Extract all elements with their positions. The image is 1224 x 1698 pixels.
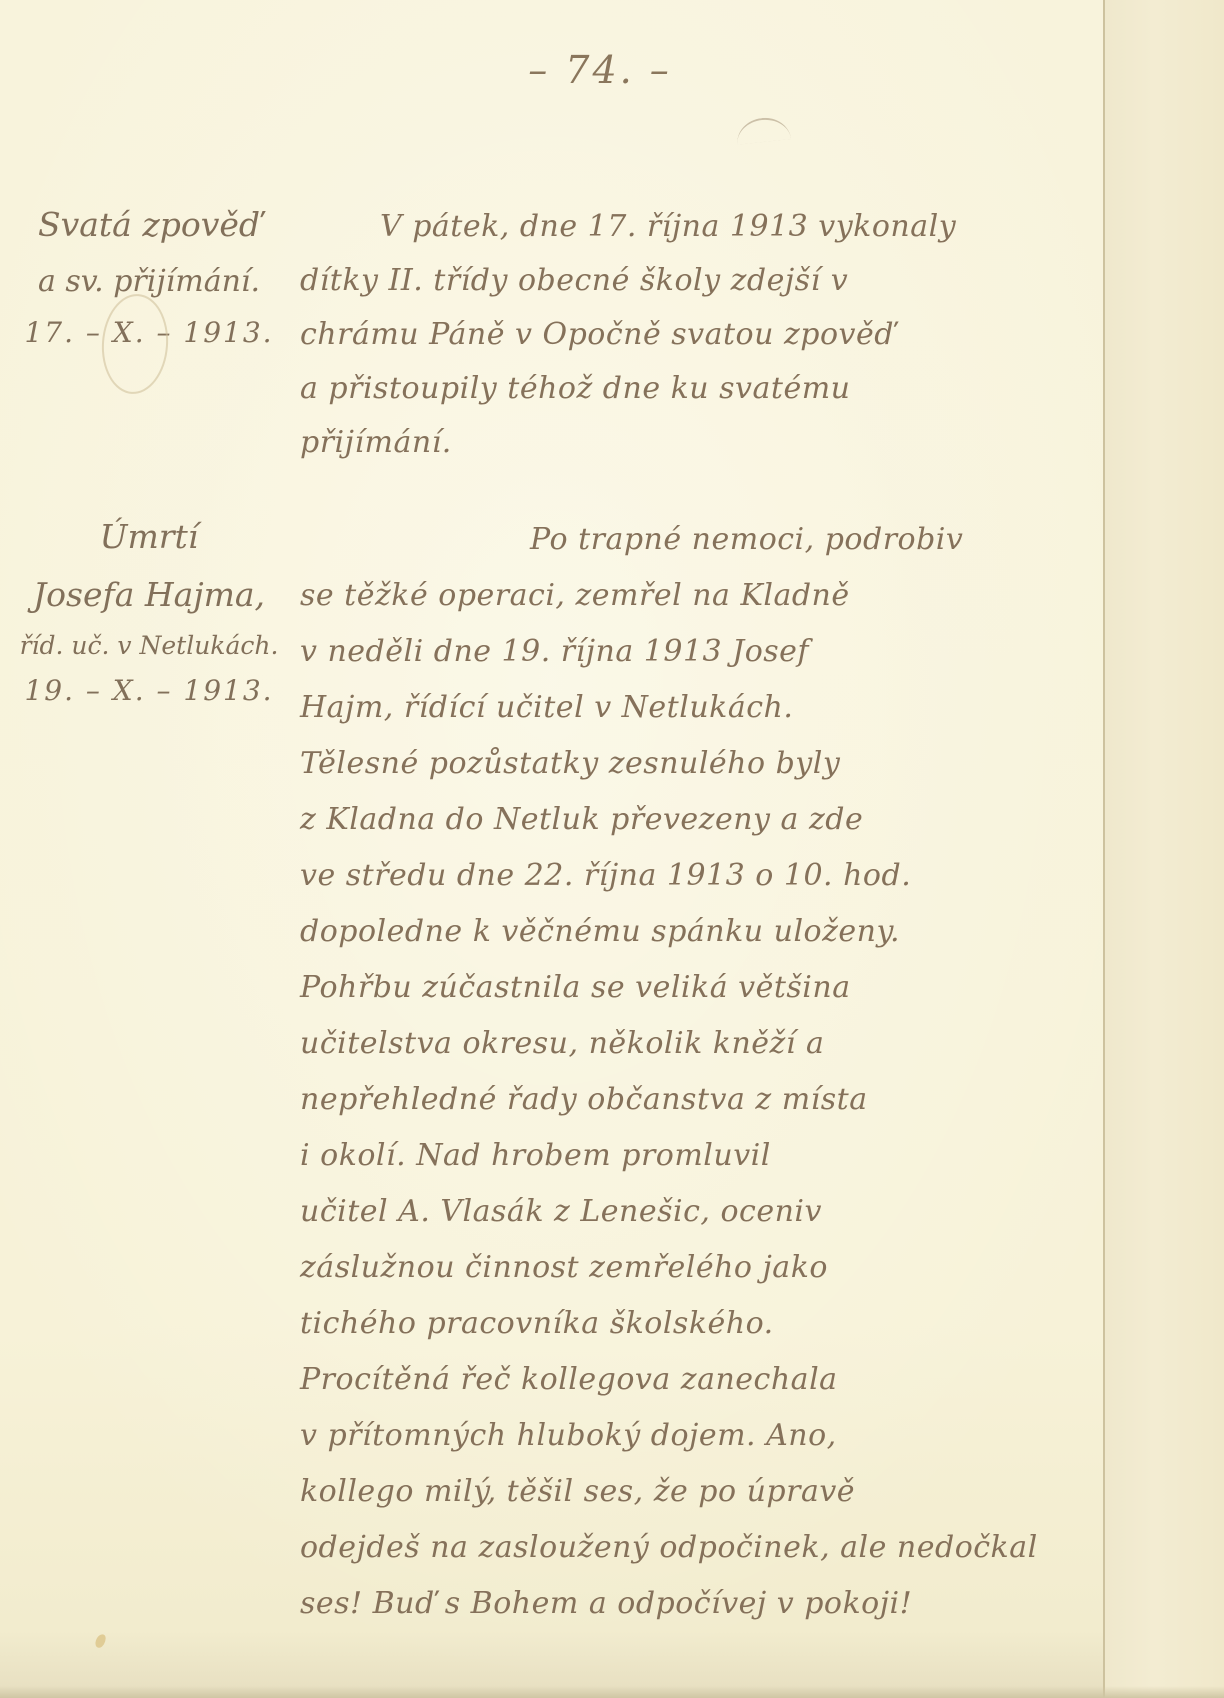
- margin-note-line: Svatá zpověď: [6, 196, 292, 254]
- handwritten-line: učitel A. Vlasák z Lenešic, oceniv: [300, 1184, 1040, 1240]
- handwritten-line: tichého pracovníka školského.: [300, 1296, 1040, 1352]
- handwritten-line: chrámu Páně v Opočně svatou zpověď: [300, 308, 1040, 362]
- handwritten-line: Po trapné nemoci, podrobiv: [300, 512, 1040, 568]
- margin-note-line: říd. uč. v Netlukách.: [6, 624, 292, 668]
- handwritten-line: a přistoupily téhož dne ku svatému: [300, 362, 1040, 416]
- handwritten-line: ses! Buď s Bohem a odpočívej v pokoji!: [300, 1576, 1040, 1632]
- handwritten-line: Procítěná řeč kollegova zanechala: [300, 1352, 1040, 1408]
- page-right-edge: [1103, 0, 1224, 1698]
- handwritten-line: Tělesné pozůstatky zesnulého byly: [300, 736, 1040, 792]
- margin-note-death-of-hajm: Úmrtí Josefa Hajma, říd. uč. v Netlukách…: [6, 508, 292, 714]
- margin-note-line: Josefa Hajma,: [6, 566, 292, 624]
- handwritten-line: z Kladna do Netluk převezeny a zde: [300, 792, 1040, 848]
- handwritten-line: ve středu dne 22. října 1913 o 10. hod.: [300, 848, 1040, 904]
- chronicle-page-scan: – 74. – Svatá zpověď a sv. přijímání. 17…: [0, 0, 1224, 1698]
- paper-speck: [94, 1633, 107, 1649]
- handwritten-line: nepřehledné řady občanstva z místa: [300, 1072, 1040, 1128]
- handwritten-line: Hajm, řídící učitel v Netlukách.: [300, 680, 1040, 736]
- handwritten-line: dítky II. třídy obecné školy zdejší v: [300, 254, 1040, 308]
- margin-note-line: Úmrtí: [6, 508, 292, 566]
- handwritten-line: záslužnou činnost zemřelého jako: [300, 1240, 1040, 1296]
- handwritten-line: Pohřbu zúčastnila se veliká většina: [300, 960, 1040, 1016]
- handwritten-line: učitelstva okresu, několik kněží a: [300, 1016, 1040, 1072]
- handwritten-line: kollego milý, těšil ses, že po úpravě: [300, 1464, 1040, 1520]
- handwritten-line: dopoledne k věčnému spánku uloženy.: [300, 904, 1040, 960]
- stray-ink-mark: [735, 115, 791, 145]
- handwritten-line: odejdeš na zasloužený odpočinek, ale ned…: [300, 1520, 1040, 1576]
- margin-note-date: 19. – X. – 1913.: [6, 668, 292, 714]
- page-bottom-edge: [0, 1686, 1224, 1698]
- page-number: – 74. –: [440, 48, 760, 92]
- handwritten-line: V pátek, dne 17. října 1913 vykonaly: [300, 200, 1040, 254]
- handwritten-line: i okolí. Nad hrobem promluvil: [300, 1128, 1040, 1184]
- handwritten-line: v neděli dne 19. října 1913 Josef: [300, 624, 1040, 680]
- paragraph-holy-confession: V pátek, dne 17. října 1913 vykonaly dít…: [300, 200, 1040, 470]
- handwritten-line: přijímání.: [300, 416, 1040, 470]
- handwritten-line: se těžké operaci, zemřel na Kladně: [300, 568, 1040, 624]
- handwritten-line: v přítomných hluboký dojem. Ano,: [300, 1408, 1040, 1464]
- paragraph-death-of-hajm: Po trapné nemoci, podrobiv se těžké oper…: [300, 512, 1040, 1632]
